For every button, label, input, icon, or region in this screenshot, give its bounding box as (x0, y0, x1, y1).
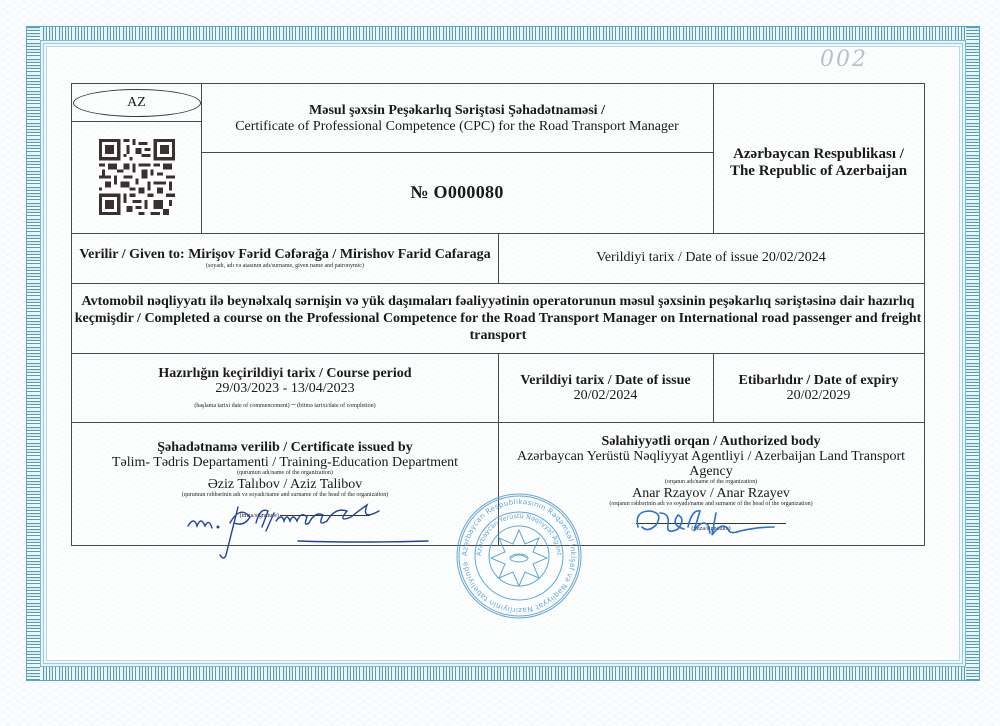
official-seal-icon: Azərbaycan Respublikasının Rəqəmsal İnki… (455, 492, 583, 620)
country-line1: Azərbaycan Respublikası / (733, 146, 904, 163)
authorized-organization: Azərbaycan Yerüstü Nəqliyyat Agentliyi /… (508, 449, 914, 479)
certificate-number: № O000080 (410, 182, 503, 203)
qr-cell (72, 121, 201, 233)
given-to: Verilir / Given to: Mirişov Fərid Cəfəra… (79, 247, 490, 263)
date-of-expiry-value: 20/02/2029 (787, 388, 851, 403)
date-of-expiry-cell: Etibarlıdır / Date of expiry 20/02/2029 (713, 353, 924, 422)
qr-code-icon (99, 139, 175, 215)
country-code-badge: AZ (73, 89, 201, 117)
number-cell: № O000080 (201, 152, 713, 233)
holder-name: Mirişov Fərid Cəfərağa / Mirishov Farid … (188, 247, 490, 262)
course-period-hint: (başlama tarixi date of commencement) – … (194, 401, 375, 410)
country-code-cell: AZ (72, 84, 201, 121)
title-cell: Məsul şəxsin Peşəkarlıq Səriştəsi Şəhadə… (201, 84, 713, 152)
date-of-issue-value: 20/02/2024 (574, 388, 638, 403)
issuing-organization: Təlim- Tədris Departamenti / Training-Ed… (112, 455, 458, 470)
country-line2: The Republic of Azerbaijan (730, 163, 907, 180)
given-to-label: Verilir / Given to: (79, 247, 184, 262)
given-to-hint: (soyadı, adı və atasının adı/surname, gi… (206, 263, 364, 270)
course-period-value: 29/03/2023 - 13/04/2023 (215, 381, 354, 396)
issue-date-top-cell: Verildiyi tarix / Date of issue 20/02/20… (498, 233, 924, 283)
course-period-cell: Hazırlığın keçirildiyi tarix / Course pe… (72, 353, 498, 422)
authorized-head: Anar Rzayov / Anar Rzayev (632, 486, 790, 501)
issuing-head: Əziz Talıbov / Aziz Talibov (208, 477, 363, 492)
issued-by-label: Şəhadətnamə verilib / Certificate issued… (157, 440, 412, 455)
issuing-organization-hint: (qurumun adı/name of the organization) (237, 470, 333, 477)
issue-date-top: Verildiyi tarix / Date of issue 20/02/20… (596, 250, 825, 266)
date-of-issue-label: Verildiyi tarix / Date of issue (520, 373, 690, 388)
course-statement-cell: Avtomobil nəqliyyatı ilə beynəlxalq sərn… (72, 283, 924, 353)
course-statement: Avtomobil nəqliyyatı ilə beynəlxalq sərn… (74, 293, 922, 344)
authorized-organization-hint: (orqanın adı/name of the organization) (665, 479, 758, 486)
title-en: Certificate of Professional Competence (… (235, 119, 679, 135)
signature-issuer-icon (178, 493, 438, 563)
given-to-cell: Verilir / Given to: Mirişov Fərid Cəfəra… (72, 233, 498, 283)
date-of-expiry-label: Etibarlıdır / Date of expiry (739, 373, 899, 388)
certificate-table: AZ (71, 83, 925, 546)
authorized-body-label: Səlahiyyətli orqan / Authorized body (601, 434, 820, 449)
handwritten-serial: 002 (820, 47, 868, 72)
date-of-issue-cell: Verildiyi tarix / Date of issue 20/02/20… (498, 353, 713, 422)
course-period-label: Hazırlığın keçirildiyi tarix / Course pe… (158, 366, 411, 381)
country-cell: Azərbaycan Respublikası / The Republic o… (713, 84, 924, 233)
signature-authority-icon (630, 505, 780, 540)
title-az: Məsul şəxsin Peşəkarlıq Səriştəsi Şəhadə… (309, 103, 605, 119)
